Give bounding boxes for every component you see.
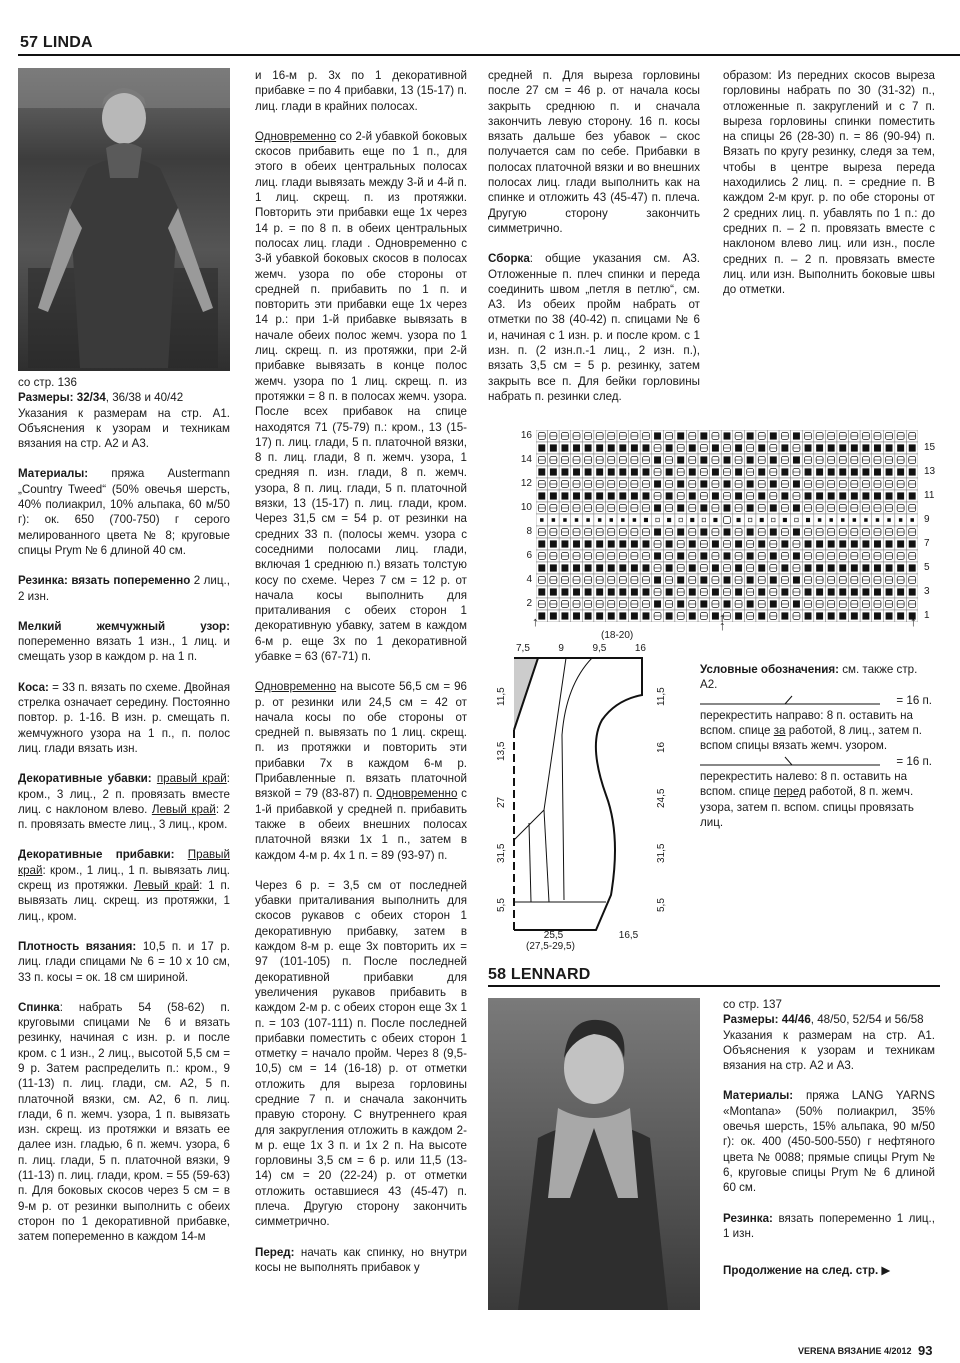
linda-column-4: образом: Из передних скосов выреза горло…: [723, 68, 935, 312]
row-label: 1: [924, 610, 930, 621]
linda-sizes-note: Указания к размерам на стр. А1. Объяснен…: [18, 406, 230, 452]
lennard-photo: [488, 998, 700, 1310]
row-label: 13: [924, 466, 935, 477]
row-label: 4: [526, 574, 532, 585]
linda-gauge: Плотность вязания: 10,5 п. и 17 р. лиц. …: [18, 939, 230, 985]
chart-legend: Условные обозначения: см. также стр. А2.…: [700, 662, 932, 830]
row-label: 2: [526, 598, 532, 609]
linda-column-3: средней п. Для выреза горловины после 27…: [488, 68, 700, 419]
col2-paragraph-2: Одновременно со 2-й убавкой боковых скос…: [255, 129, 467, 664]
col4-paragraph-1: образом: Из передних скосов выреза горло…: [723, 68, 935, 297]
linda-photo: [18, 68, 230, 371]
linda-rib: Резинка: вязать попеременно 2 лиц., 2 из…: [18, 573, 230, 604]
row-label: 6: [526, 550, 532, 561]
lennard-materials: Материалы: пряжа LANG YARNS «Montana» (5…: [723, 1088, 935, 1195]
bottom-alt-dim: (27,5-29,5): [526, 941, 575, 952]
row-label: 7: [924, 538, 930, 549]
right-dims: 5,5 31,5 24,5 16 11,5: [656, 670, 667, 930]
sizes-rest: , 36/38 и 40/42: [106, 391, 183, 404]
row-label: 11: [924, 490, 934, 501]
row-label: 5: [924, 562, 930, 573]
col2-paragraph-4: Через 6 р. = 3,5 см от последней убавки …: [255, 878, 467, 1230]
legend-symbol-cross-left: = 16 п.: [700, 754, 932, 769]
magazine-name: VERENA ВЯЗАНИЕ 4/2012: [798, 1346, 912, 1356]
linda-increases: Декоративные прибавки: Правый край: кром…: [18, 847, 230, 923]
col2-paragraph-3: Одновременно на высоте 56,5 см = 96 р. о…: [255, 679, 467, 863]
header-rule: [18, 54, 960, 56]
arrow-left-icon: ↑: [532, 614, 539, 629]
left-dims: 5,5 31,5 27 13,5 11,5: [496, 670, 507, 930]
legend-text-cross-right: перекрестить направо: 8 п. оставить на в…: [700, 708, 932, 754]
row-label: 16: [521, 430, 532, 441]
row-label: 14: [521, 454, 532, 465]
linda-decreases: Декоративные убавки: правый край: кром.,…: [18, 771, 230, 832]
linda-column-2: и 16-м р. 3х по 1 декоративной прибавке …: [255, 68, 467, 1290]
top-dims: 7,5 9 9,5 16: [516, 643, 646, 654]
linda-back: Спинка: набрать 54 (58-62) п. круговыми …: [18, 1000, 230, 1245]
linda-front: Перед: начать как спинку, но внутри косы…: [255, 1245, 467, 1276]
lennard-rib: Резинка: вязать попеременно 1 лиц., 1 из…: [723, 1211, 935, 1242]
linda-from-page: со стр. 136: [18, 375, 230, 390]
lennard-sizes-note: Указания к размерам на стр. А1. Объяснен…: [723, 1028, 935, 1074]
cable-chart-grid: [536, 430, 918, 622]
col2-paragraph-1: и 16-м р. 3х по 1 декоративной прибавке …: [255, 68, 467, 114]
section-title-lennard: 58 LENNARD: [488, 966, 590, 984]
cable-chart: 161412108642 15131197531 ↑ ↑↑ ↑: [510, 428, 950, 638]
bottom-dims: 25,5 16,5: [516, 930, 666, 941]
lennard-column: со стр. 137 Размеры: 44/46, 48/50, 52/54…: [723, 997, 935, 1293]
row-label: 15: [924, 442, 935, 453]
arrow-right-icon: ↑: [910, 614, 917, 629]
linda-cable: Коса: = 33 п. вязать по схеме. Двойная с…: [18, 680, 230, 756]
legend-text-cross-left: перекрестить налево: 8 п. оставить на вс…: [700, 769, 932, 830]
double-arrow-middle-icon: ↑↑: [719, 614, 726, 630]
linda-materials: Материалы: пряжа Austermann „Country Twe…: [18, 466, 230, 558]
row-label: 9: [924, 514, 930, 525]
linda-column-1: со стр. 136 Размеры: 32/34, 36/38 и 40/4…: [18, 375, 230, 1260]
lennard-from-page: со стр. 137: [723, 997, 935, 1012]
sizes-bold: 32/34: [77, 391, 106, 404]
row-label: 12: [521, 478, 532, 489]
section-title-linda: 57 LINDA: [20, 34, 93, 52]
continued-link[interactable]: Продолжение на след. стр. ▶: [723, 1263, 935, 1278]
row-label: 8: [526, 526, 532, 537]
linda-assembly: Сборка: общие указания см. А3. Отложенны…: [488, 251, 700, 404]
row-label: 3: [924, 586, 930, 597]
lennard-rule: [488, 985, 940, 987]
legend-symbol-cross-right: = 16 п.: [700, 693, 932, 708]
top-alt-dim: (18-20): [601, 630, 633, 641]
row-label: 10: [521, 502, 532, 513]
linda-seed: Мелкий жемчужный узор: попеременно вязат…: [18, 619, 230, 665]
page-number: 93: [918, 1343, 932, 1358]
sizes-label: Размеры:: [18, 391, 74, 404]
col3-paragraph-1: средней п. Для выреза горловины после 27…: [488, 68, 700, 236]
garment-schematic: (18-20) 7,5 9 9,5 16 5,5 31,5 27 13,5 11…: [496, 630, 696, 950]
